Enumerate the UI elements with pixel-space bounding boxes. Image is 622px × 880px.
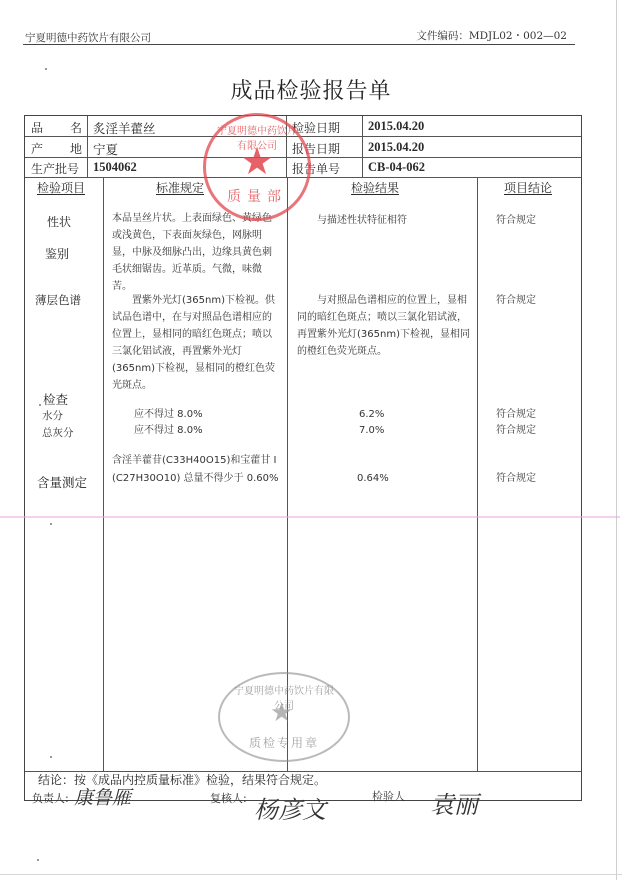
speck <box>50 523 52 525</box>
conclusion-tlc: 符合规定 <box>496 292 536 309</box>
item-assay: 含量测定 <box>37 473 87 491</box>
col-header-result: 检验结果 <box>351 179 399 196</box>
seal-dept-text: 质量部 <box>206 186 308 206</box>
page-title: 成品检验报告单 <box>0 74 622 105</box>
page-bottom-edge <box>0 874 622 875</box>
result-moisture: 6.2% <box>359 406 384 423</box>
item-moisture: 水分 <box>42 408 63 423</box>
origin-value: 宁夏 <box>93 140 118 158</box>
speck <box>45 68 47 70</box>
document-code: 文件编码：MDJL02・002—02 <box>416 28 567 43</box>
result-assay: 0.64% <box>357 470 389 487</box>
conclusion-moisture: 符合规定 <box>496 406 536 423</box>
col-header-conclusion: 项目结论 <box>504 179 552 196</box>
stamp-name-text: 质检专用章 <box>220 734 348 751</box>
item-total-ash: 总灰分 <box>42 425 74 440</box>
reviewer-label: 复核人: <box>210 790 247 806</box>
item-inspection: 检查 <box>43 390 68 408</box>
speck <box>37 859 39 861</box>
conclusion-assay: 符合规定 <box>496 470 536 487</box>
origin-label: 产 地 <box>31 140 83 157</box>
star-icon: ★ <box>270 700 293 726</box>
header-rule <box>23 44 575 45</box>
result-appearance: 与描述性状特征相符 <box>317 212 407 229</box>
document-code-label: 文件编码： <box>416 30 469 42</box>
col-divider <box>477 177 478 771</box>
standard-assay-line2: (C27H30O10) 总量不得少于 0.60% <box>112 470 278 487</box>
document-code-value: MDJL02・002—02 <box>469 30 567 42</box>
conclusion-total-ash: 符合规定 <box>496 422 536 439</box>
col-divider <box>103 177 104 771</box>
result-tlc: 与对照品色谱相应的位置上，显相同的暗红色斑点；喷以三氯化铝试液，再置紫外光灯(3… <box>297 292 471 360</box>
quality-dept-seal: 宁夏明德中药饮片有限公司 ★ 质量部 <box>203 113 311 221</box>
standard-appearance: 本品呈丝片状。上表面绿色、黄绿色或浅黄色，下表面灰绿色，网脉明显，中脉及细脉凸出… <box>112 210 280 295</box>
col-divider <box>362 116 363 177</box>
col-header-standard: 标准规定 <box>156 179 204 196</box>
standard-moisture: 应不得过 8.0% <box>134 406 203 423</box>
batch-value: 1504062 <box>93 160 137 175</box>
report-date-value: 2015.04.20 <box>368 140 424 155</box>
standard-total-ash: 应不得过 8.0% <box>134 422 203 439</box>
scan-artifact-line <box>0 516 620 518</box>
responsible-signature: 康鲁雁 <box>74 783 131 810</box>
qc-stamp: 宁夏明德中药饮片有限公司 ★ 质检专用章 <box>218 672 350 762</box>
reviewer-signature: 杨彦文 <box>254 790 326 825</box>
company-name: 宁夏明德中药饮片有限公司 <box>25 30 151 45</box>
product-name-value: 炙淫羊藿丝 <box>93 119 156 137</box>
page-edge <box>616 0 617 880</box>
responsible-label: 负责人: <box>32 790 69 806</box>
col-header-item: 检验项目 <box>37 179 85 196</box>
report-no-value: CB-04-062 <box>368 160 425 175</box>
standard-assay-line1: 含淫羊藿苷(C33H40O15)和宝藿甘 I <box>112 452 276 469</box>
inspector-label: 检验人 <box>372 788 405 804</box>
conclusion-appearance: 符合规定 <box>496 212 536 229</box>
batch-label: 生产批号 <box>31 160 79 177</box>
result-total-ash: 7.0% <box>359 422 384 439</box>
product-name-label: 品 名 <box>31 119 83 136</box>
item-appearance: 性状 <box>47 213 71 230</box>
star-icon: ★ <box>240 142 274 180</box>
speck <box>39 404 41 406</box>
speck <box>50 756 52 758</box>
item-identification: 鉴别 <box>45 245 69 262</box>
inspect-date-value: 2015.04.20 <box>368 119 424 134</box>
item-tlc: 薄层色谱 <box>35 292 81 308</box>
inspector-signature: 袁丽 <box>430 785 478 820</box>
standard-tlc: 置紫外光灯(365nm)下检视。供试品色谱中，在与对照品色谱相应的位置上，显相同… <box>112 292 280 394</box>
col-divider <box>87 116 88 177</box>
